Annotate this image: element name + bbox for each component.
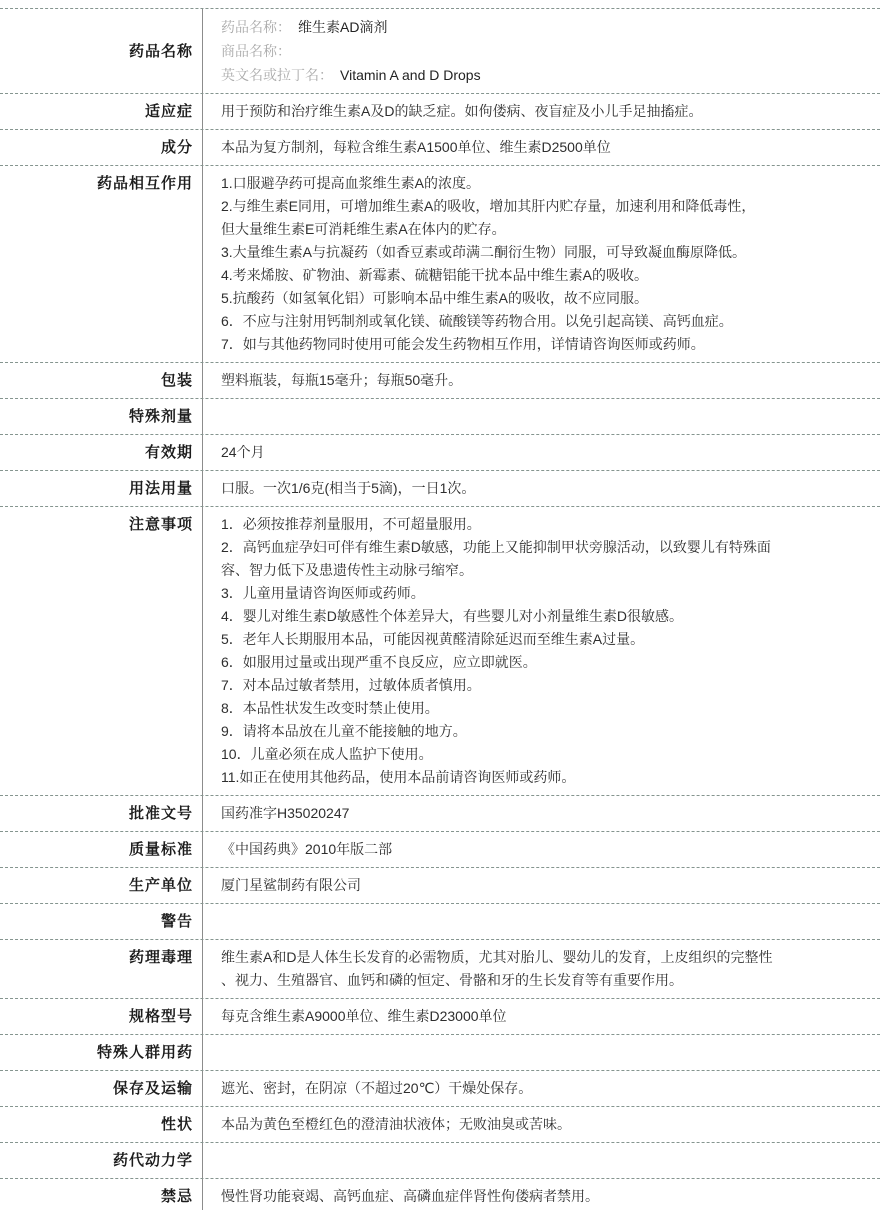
- table-row-precautions: 注意事项 1．必须按推荐剂量服用，不可超量服用。2．高钙血症孕妇可伴有维生素D敏…: [0, 507, 880, 796]
- table-row-dosage-administration: 用法用量 口服。一次1/6克(相当于5滴)，一日1次。: [0, 471, 880, 507]
- drug-info-table: 药品名称 药品名称：维生素AD滴剂商品名称：英文名或拉丁名：Vitamin A …: [0, 8, 880, 1210]
- table-row-special-populations: 特殊人群用药: [0, 1035, 880, 1071]
- value-line: 《中国药典》2010年版二部: [221, 838, 856, 861]
- value-line: 维生素A和D是人体生长发育的必需物质，尤其对胎儿、婴幼儿的发育，上皮组织的完整性: [221, 946, 856, 969]
- table-row-special-dosage: 特殊剂量: [0, 399, 880, 435]
- value-line: 7．如与其他药物同时使用可能会发生药物相互作用，详情请咨询医师或药师。: [221, 333, 856, 356]
- row-label: 有效期: [0, 435, 203, 470]
- value-line: 本品为黄色至橙红色的澄清油状液体；无败油臭或苦味。: [221, 1113, 856, 1136]
- table-row-indications: 适应症 用于预防和治疗维生素A及D的缺乏症。如佝偻病、夜盲症及小儿手足抽搐症。: [0, 94, 880, 130]
- row-value: 国药准字H35020247: [203, 796, 880, 831]
- value-line: [221, 1149, 856, 1172]
- value-line: 本品为复方制剂，每粒含维生素A1500单位、维生素D2500单位: [221, 136, 856, 159]
- value-line: 11.如正在使用其他药品，使用本品前请咨询医师或药师。: [221, 766, 856, 789]
- table-row-pharmacology-toxicology: 药理毒理 维生素A和D是人体生长发育的必需物质，尤其对胎儿、婴幼儿的发育，上皮组…: [0, 940, 880, 999]
- row-label: 包装: [0, 363, 203, 398]
- value-line: 、视力、生殖器官、血钙和磷的恒定、骨骼和牙的生长发育等有重要作用。: [221, 969, 856, 992]
- value-line: 药品名称：维生素AD滴剂: [221, 15, 856, 39]
- value-line: 慢性肾功能衰竭、高钙血症、高磷血症伴肾性佝偻病者禁用。: [221, 1185, 856, 1208]
- value-line: 4.考来烯胺、矿物油、新霉素、硫糖铝能干扰本品中维生素A的吸收。: [221, 264, 856, 287]
- row-value: [203, 904, 880, 939]
- table-row-manufacturer: 生产单位 厦门星鲨制药有限公司: [0, 868, 880, 904]
- row-label: 规格型号: [0, 999, 203, 1034]
- row-label: 药品名称: [0, 9, 203, 93]
- value-line: 9．请将本品放在儿童不能接触的地方。: [221, 720, 856, 743]
- value-line: 5.抗酸药（如氢氧化铝）可影响本品中维生素A的吸收，故不应同服。: [221, 287, 856, 310]
- table-row-drug-name: 药品名称 药品名称：维生素AD滴剂商品名称：英文名或拉丁名：Vitamin A …: [0, 9, 880, 94]
- value-line: 容、智力低下及患遗传性主动脉弓缩窄。: [221, 559, 856, 582]
- table-row-composition: 成分 本品为复方制剂，每粒含维生素A1500单位、维生素D2500单位: [0, 130, 880, 166]
- table-row-shelf-life: 有效期 24个月: [0, 435, 880, 471]
- table-row-approval-number: 批准文号 国药准字H35020247: [0, 796, 880, 832]
- row-label: 特殊剂量: [0, 399, 203, 434]
- row-label: 生产单位: [0, 868, 203, 903]
- value-line: 每克含维生素A9000单位、维生素D23000单位: [221, 1005, 856, 1028]
- row-label: 适应症: [0, 94, 203, 129]
- row-value: 口服。一次1/6克(相当于5滴)，一日1次。: [203, 471, 880, 506]
- row-value: 本品为黄色至橙红色的澄清油状液体；无败油臭或苦味。: [203, 1107, 880, 1142]
- field-prefix: 英文名或拉丁名：: [221, 67, 333, 83]
- table-row-specification: 规格型号 每克含维生素A9000单位、维生素D23000单位: [0, 999, 880, 1035]
- value-line: 8．本品性状发生改变时禁止使用。: [221, 697, 856, 720]
- table-row-drug-interactions: 药品相互作用 1.口服避孕药可提高血浆维生素A的浓度。2.与维生素E同用，可增加…: [0, 166, 880, 363]
- row-value: 每克含维生素A9000单位、维生素D23000单位: [203, 999, 880, 1034]
- value-line: 5．老年人长期服用本品，可能因视黄醛清除延迟而至维生素A过量。: [221, 628, 856, 651]
- value-line: 塑料瓶装，每瓶15毫升；每瓶50毫升。: [221, 369, 856, 392]
- row-value: [203, 1035, 880, 1070]
- row-label: 用法用量: [0, 471, 203, 506]
- row-value: 用于预防和治疗维生素A及D的缺乏症。如佝偻病、夜盲症及小儿手足抽搐症。: [203, 94, 880, 129]
- row-label: 性状: [0, 1107, 203, 1142]
- value-line: 2.与维生素E同用，可增加维生素A的吸收，增加其肝内贮存量，加速利用和降低毒性，: [221, 195, 856, 218]
- value-line: 英文名或拉丁名：Vitamin A and D Drops: [221, 63, 856, 87]
- value-line: 遮光、密封，在阴凉（不超过20℃）干燥处保存。: [221, 1077, 856, 1100]
- table-row-storage-transport: 保存及运输 遮光、密封，在阴凉（不超过20℃）干燥处保存。: [0, 1071, 880, 1107]
- row-label: 批准文号: [0, 796, 203, 831]
- table-row-pharmacokinetics: 药代动力学: [0, 1143, 880, 1179]
- row-value: 1．必须按推荐剂量服用，不可超量服用。2．高钙血症孕妇可伴有维生素D敏感，功能上…: [203, 507, 880, 795]
- value-line: [221, 910, 856, 933]
- value-line: 3．儿童用量请咨询医师或药师。: [221, 582, 856, 605]
- row-label: 注意事项: [0, 507, 203, 795]
- value-line: 用于预防和治疗维生素A及D的缺乏症。如佝偻病、夜盲症及小儿手足抽搐症。: [221, 100, 856, 123]
- row-value: 慢性肾功能衰竭、高钙血症、高磷血症伴肾性佝偻病者禁用。: [203, 1179, 880, 1210]
- table-row-warning: 警告: [0, 904, 880, 940]
- value-line: 商品名称：: [221, 39, 856, 63]
- value-line: 7．对本品过敏者禁用，过敏体质者慎用。: [221, 674, 856, 697]
- row-label: 药代动力学: [0, 1143, 203, 1178]
- row-label: 成分: [0, 130, 203, 165]
- row-value: 《中国药典》2010年版二部: [203, 832, 880, 867]
- row-value: 维生素A和D是人体生长发育的必需物质，尤其对胎儿、婴幼儿的发育，上皮组织的完整性…: [203, 940, 880, 998]
- field-prefix: 药品名称：: [221, 19, 291, 35]
- table-row-description: 性状 本品为黄色至橙红色的澄清油状液体；无败油臭或苦味。: [0, 1107, 880, 1143]
- value-line: 国药准字H35020247: [221, 802, 856, 825]
- row-value: [203, 399, 880, 434]
- value-line: 但大量维生素E可消耗维生素A在体内的贮存。: [221, 218, 856, 241]
- value-line: 1.口服避孕药可提高血浆维生素A的浓度。: [221, 172, 856, 195]
- field-value: Vitamin A and D Drops: [340, 67, 481, 83]
- value-line: 4．婴儿对维生素D敏感性个体差异大，有些婴儿对小剂量维生素D很敏感。: [221, 605, 856, 628]
- row-value: [203, 1143, 880, 1178]
- value-line: 6．如服用过量或出现严重不良反应，应立即就医。: [221, 651, 856, 674]
- field-prefix: 商品名称：: [221, 43, 291, 59]
- table-row-contraindications: 禁忌 慢性肾功能衰竭、高钙血症、高磷血症伴肾性佝偻病者禁用。: [0, 1179, 880, 1210]
- value-line: [221, 1041, 856, 1064]
- row-value: 24个月: [203, 435, 880, 470]
- row-label: 质量标准: [0, 832, 203, 867]
- row-label: 药品相互作用: [0, 166, 203, 362]
- row-value: 塑料瓶装，每瓶15毫升；每瓶50毫升。: [203, 363, 880, 398]
- value-line: [221, 405, 856, 428]
- table-row-packaging: 包装 塑料瓶装，每瓶15毫升；每瓶50毫升。: [0, 363, 880, 399]
- value-line: 2．高钙血症孕妇可伴有维生素D敏感，功能上又能抑制甲状旁腺活动，以致婴儿有特殊面: [221, 536, 856, 559]
- row-value: 1.口服避孕药可提高血浆维生素A的浓度。2.与维生素E同用，可增加维生素A的吸收…: [203, 166, 880, 362]
- row-label: 特殊人群用药: [0, 1035, 203, 1070]
- row-label: 警告: [0, 904, 203, 939]
- row-label: 禁忌: [0, 1179, 203, 1210]
- row-value: 本品为复方制剂，每粒含维生素A1500单位、维生素D2500单位: [203, 130, 880, 165]
- value-line: 3.大量维生素A与抗凝药（如香豆素或茚满二酮衍生物）同服，可导致凝血酶原降低。: [221, 241, 856, 264]
- row-label: 保存及运输: [0, 1071, 203, 1106]
- field-value: 维生素AD滴剂: [298, 19, 387, 35]
- value-line: 厦门星鲨制药有限公司: [221, 874, 856, 897]
- table-row-quality-standard: 质量标准 《中国药典》2010年版二部: [0, 832, 880, 868]
- row-label: 药理毒理: [0, 940, 203, 998]
- row-value: 遮光、密封，在阴凉（不超过20℃）干燥处保存。: [203, 1071, 880, 1106]
- value-line: 6．不应与注射用钙制剂或氧化镁、硫酸镁等药物合用。以免引起高镁、高钙血症。: [221, 310, 856, 333]
- row-value: 药品名称：维生素AD滴剂商品名称：英文名或拉丁名：Vitamin A and D…: [203, 9, 880, 93]
- value-line: 10．儿童必须在成人监护下使用。: [221, 743, 856, 766]
- row-value: 厦门星鲨制药有限公司: [203, 868, 880, 903]
- value-line: 1．必须按推荐剂量服用，不可超量服用。: [221, 513, 856, 536]
- value-line: 口服。一次1/6克(相当于5滴)，一日1次。: [221, 477, 856, 500]
- value-line: 24个月: [221, 441, 856, 464]
